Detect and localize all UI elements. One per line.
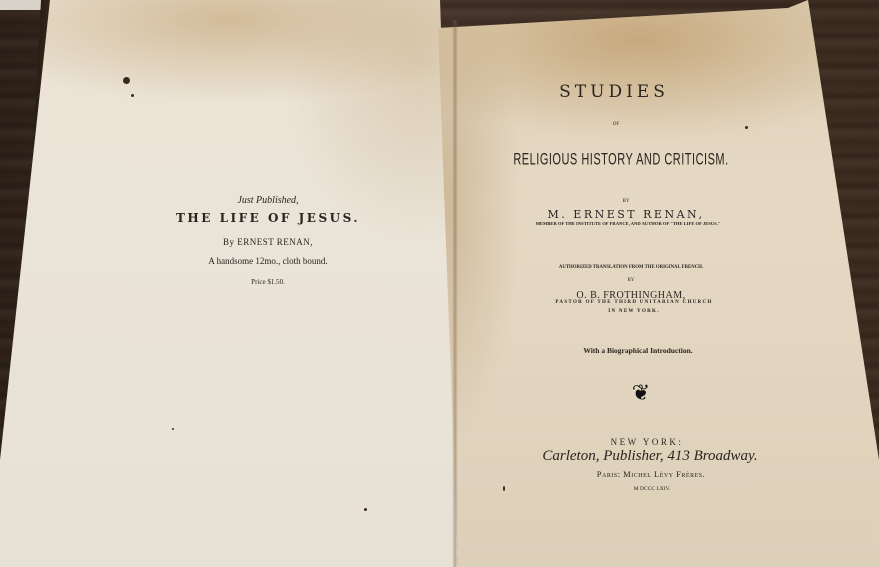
author-name: M. ERNEST RENAN, xyxy=(548,208,705,221)
foxing-spot xyxy=(364,508,367,511)
advert-heading: Just Published, xyxy=(237,195,298,206)
subtitle: RELIGIOUS HISTORY AND CRITICISM. xyxy=(513,151,728,169)
translator-role-1: PASTOR OF THE THIRD UNITARIAN CHURCH xyxy=(555,300,712,305)
book-gutter xyxy=(452,20,458,567)
imprint-year: M DCCC LXIV. xyxy=(634,486,670,492)
background-patch xyxy=(0,0,42,10)
left-page xyxy=(0,0,460,567)
title-of: OF xyxy=(613,122,619,127)
ornament-icon: ❦ xyxy=(632,380,650,406)
foxing-spot xyxy=(503,486,505,491)
imprint-publisher: Carleton, Publisher, 413 Broadway. xyxy=(542,448,757,465)
foxing-spot xyxy=(123,77,130,84)
advert-price: Price $1.50. xyxy=(251,278,285,286)
imprint-paris: Paris: Michel Lévy Frères. xyxy=(597,469,705,479)
biographical-note: With a Biographical Introduction. xyxy=(583,346,692,355)
imprint-city: NEW YORK: xyxy=(611,437,684,447)
foxing-spot xyxy=(131,94,134,97)
advert-format: A handsome 12mo., cloth bound. xyxy=(208,256,327,266)
by-label-1: BY xyxy=(623,199,630,204)
foxing-spot xyxy=(745,126,748,129)
foxing-spot xyxy=(172,428,174,430)
translation-note: AUTHORIZED TRANSLATION FROM THE ORIGINAL… xyxy=(559,265,703,270)
advert-author: By ERNEST RENAN, xyxy=(223,237,313,247)
title-studies: STUDIES xyxy=(559,82,669,102)
by-label-2: BY xyxy=(628,278,635,283)
author-credentials: MEMBER OF THE INSTITUTE OF FRANCE, AND A… xyxy=(536,221,721,226)
translator-role-2: IN NEW YORK. xyxy=(608,309,660,314)
advert-book-title: THE LIFE OF JESUS. xyxy=(176,211,360,225)
